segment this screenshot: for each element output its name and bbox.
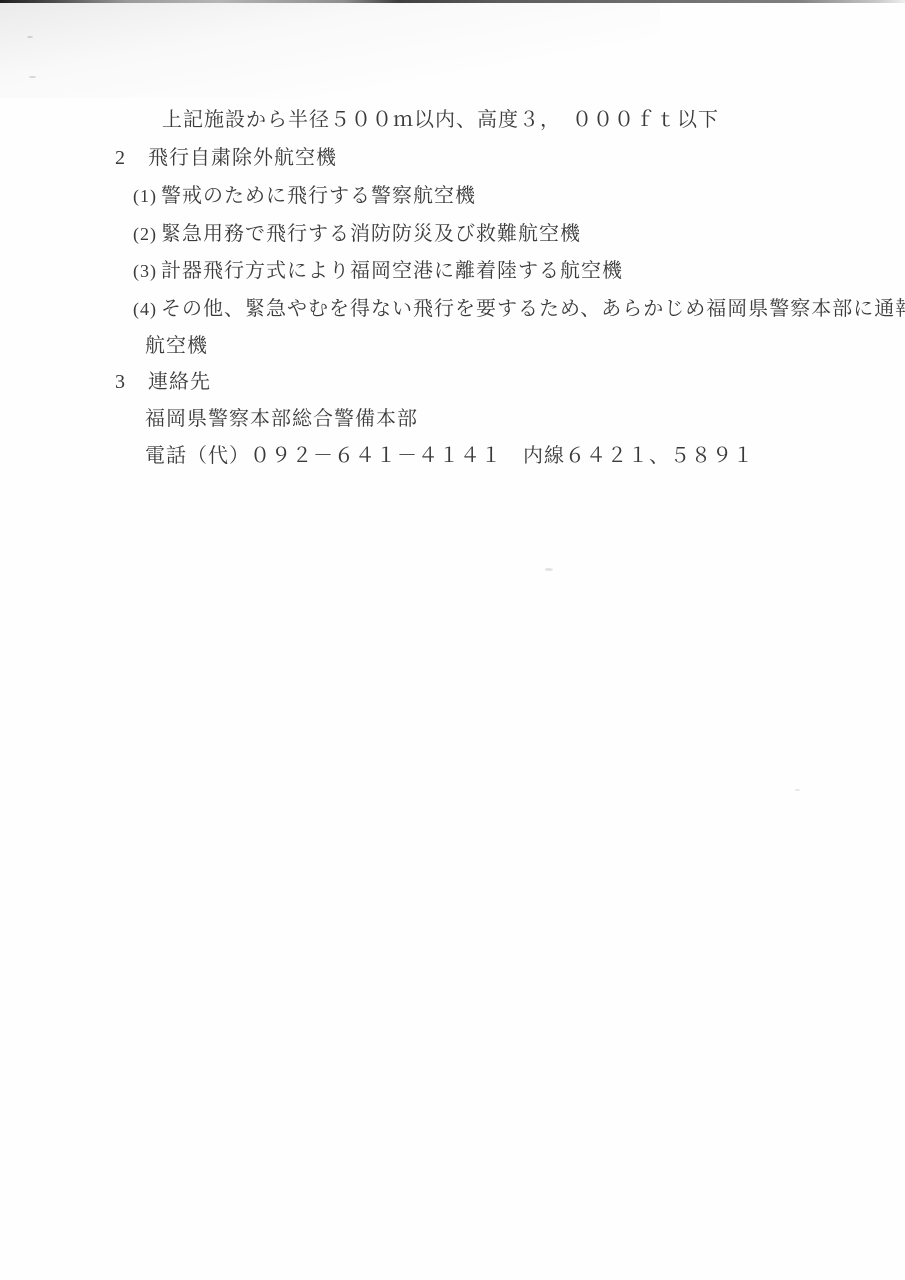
- section-2-number: 2: [115, 146, 148, 170]
- list-item-marker: (1): [133, 186, 161, 208]
- list-item-text: その他、緊急やむを得ない飛行を要するため、あらかじめ福岡県警察本部に通報のあった: [161, 298, 905, 320]
- list-item: (2)緊急用務で飛行する消防防災及び救難航空機: [133, 222, 581, 246]
- intro-line: 上記施設から半径５００ｍ以内、高度３， ０００ｆｔ以下: [162, 108, 719, 132]
- list-item-marker: (2): [133, 224, 161, 246]
- list-item-marker: (4): [133, 299, 161, 321]
- scanned-document-page: 上記施設から半径５００ｍ以内、高度３， ０００ｆｔ以下 2飛行自粛除外航空機 (…: [0, 0, 905, 1280]
- scan-speck: [795, 789, 800, 791]
- list-item-text: 警戒のために飛行する警察航空機: [161, 185, 476, 207]
- list-item: (1)警戒のために飛行する警察航空機: [133, 184, 476, 208]
- list-item: (4)その他、緊急やむを得ない飛行を要するため、あらかじめ福岡県警察本部に通報の…: [133, 297, 905, 321]
- section-2-title: 飛行自粛除外航空機: [148, 147, 337, 169]
- section-3-title: 連絡先: [148, 371, 211, 393]
- list-item-marker: (3): [133, 261, 161, 283]
- section-3-heading: 3連絡先: [115, 370, 211, 394]
- list-item-text: 緊急用務で飛行する消防防災及び救難航空機: [161, 223, 581, 245]
- contact-organization: 福岡県警察本部総合警備本部: [145, 407, 418, 431]
- list-item: (3)計器飛行方式により福岡空港に離着陸する航空機: [133, 259, 623, 283]
- scan-speck: [29, 76, 36, 78]
- section-2-heading: 2飛行自粛除外航空機: [115, 146, 337, 170]
- scan-speck: [27, 36, 33, 38]
- section-3-number: 3: [115, 370, 148, 394]
- list-item-continuation: 航空機: [145, 334, 208, 358]
- list-item-text: 計器飛行方式により福岡空港に離着陸する航空機: [161, 260, 623, 282]
- contact-phone: 電話（代）０９２－６４１－４１４１ 内線６４２１、５８９１: [145, 444, 754, 468]
- scan-speck: [545, 568, 553, 571]
- scanner-shading-upper-left: [0, 3, 660, 98]
